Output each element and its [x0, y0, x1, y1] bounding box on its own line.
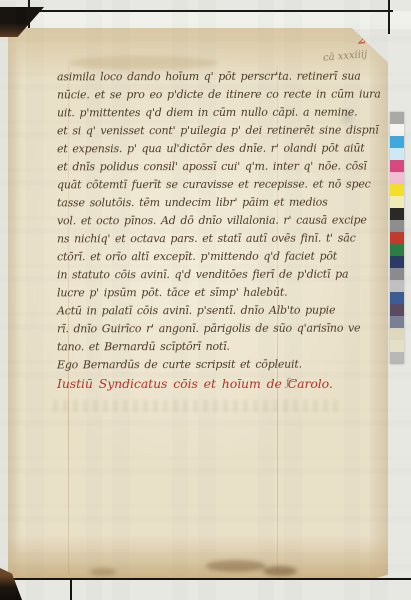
- color-patch: [390, 196, 404, 208]
- frame-line-bottom: [0, 578, 411, 580]
- color-patch: [390, 112, 404, 124]
- manuscript-text-line: nūcie. et se pro eo p'dicte de itinere c…: [57, 86, 363, 105]
- color-patch: [390, 328, 404, 340]
- manuscript-text-line: ns nichiq' et octava pars. et statī autī…: [57, 230, 363, 249]
- color-patch: [390, 316, 404, 328]
- color-patch: [390, 280, 404, 292]
- manuscript-text-line: et si q' venisset cont' p'uilegia p' dei…: [57, 122, 363, 141]
- manuscript-text-line: rī. dnīo Guirīco r' angonī. pārigolis de…: [57, 320, 363, 339]
- frame-line-top: [0, 10, 393, 12]
- bottom-edge-stain: [206, 560, 266, 572]
- quire-note: cā xxxiiij: [323, 49, 368, 64]
- manuscript-text-line: tasse solutōis. tēm undecim libr' pāim e…: [57, 194, 363, 213]
- manuscript-text-line: quāt cōtemtī fuerīt se curavisse et rece…: [57, 176, 363, 195]
- manuscript-text-line: ctōrī. et orīo altī excepīt. p'mittendo …: [57, 248, 363, 267]
- color-patch: [390, 292, 404, 304]
- color-patch: [390, 184, 404, 196]
- manuscript-text-line: uit. p'mittentes q'd diem in cūm nullo c…: [57, 104, 363, 123]
- manuscript-text-line: tano. et Bernardū scīptōrī notī.: [57, 338, 363, 357]
- folio-number: 29: [357, 30, 378, 47]
- manuscript-text-line: asimila loco dando hoīum q' pōt perscr't…: [57, 68, 363, 87]
- manuscript-scan-photo: 29 cā xxxiiij asimila loco dando hoīum q…: [0, 0, 411, 600]
- color-patch: [390, 148, 404, 160]
- manuscript-text-block: asimila loco dando hoīum q' pōt perscr't…: [57, 68, 363, 374]
- color-patch: [390, 220, 404, 232]
- color-patch: [390, 136, 404, 148]
- manuscript-text-line: et expensis. p' qua ul'dictōr des dnīe. …: [57, 140, 363, 159]
- color-patch: [390, 268, 404, 280]
- color-calibration-strip: [390, 112, 404, 364]
- color-patch: [390, 172, 404, 184]
- manuscript-text-line: Ego Bernardūs de curte scripsit et cōple…: [57, 356, 363, 375]
- color-patch: [390, 352, 404, 364]
- manuscript-text-line: in statuto cōis avinī. q'd venditōes fie…: [57, 266, 363, 285]
- ink-showthrough: [53, 400, 343, 412]
- color-patch: [390, 244, 404, 256]
- rubric-flourish-mark: ƒ~: [285, 376, 299, 389]
- manuscript-text-line: vol. et octo pīnos. Ad dō dnīo villaloni…: [57, 212, 363, 231]
- color-patch: [390, 124, 404, 136]
- bottom-edge-stain: [263, 566, 297, 576]
- manuscript-text-line: Actū in palatī cōis avinī. p'sentī. dnīo…: [57, 302, 363, 321]
- color-patch: [390, 208, 404, 220]
- registration-tick-right: [388, 0, 390, 34]
- color-patch: [390, 304, 404, 316]
- bottom-edge-stain: [90, 568, 116, 576]
- scanner-background-strip: [0, 11, 411, 29]
- registration-tick-bottom: [70, 578, 72, 600]
- manuscript-text-line: et dnīs polidus consil' apossī cui' q'm.…: [57, 158, 363, 177]
- manuscript-text-line: lucre p' ipsūm pōt. tāce et sīmp' halebū…: [57, 284, 363, 303]
- parchment-page: 29 cā xxxiiij asimila loco dando hoīum q…: [8, 28, 388, 578]
- color-patch: [390, 340, 404, 352]
- color-patch: [390, 160, 404, 172]
- color-patch: [390, 232, 404, 244]
- color-patch: [390, 256, 404, 268]
